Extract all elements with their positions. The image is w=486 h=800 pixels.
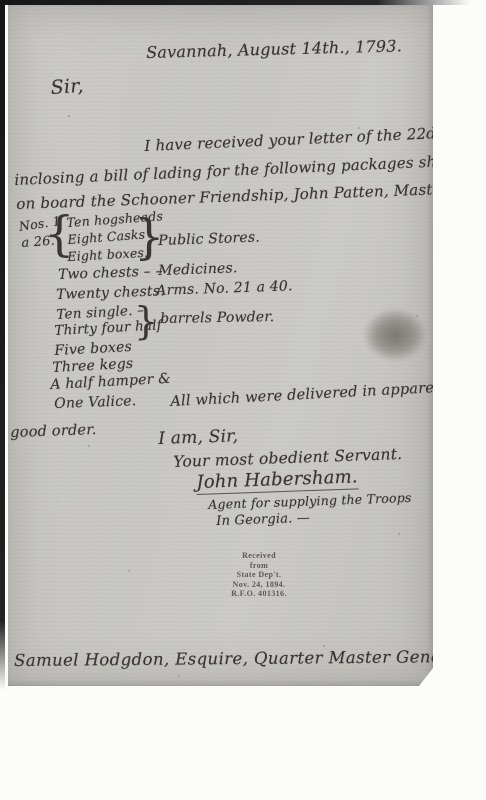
letter-page: Savannah, August 14th., 1793. Sir, I hav…	[8, 5, 433, 686]
manifest-destination: Medicines.	[158, 260, 238, 279]
stamp-line: R.F.O. 401316.	[213, 589, 305, 599]
manifest-destination: barrels Powder.	[160, 309, 274, 327]
docket-line: Samuel Hodgdon, Esquire, Quarter Master …	[14, 647, 471, 670]
manifest-destination: Arms. No. 21 a 40.	[156, 278, 293, 299]
closing-line-2: Your most obedient Servant.	[173, 445, 403, 471]
paper-speckles	[68, 115, 70, 117]
closing-line-1: I am, Sir,	[158, 426, 239, 449]
stamp-line: from	[213, 561, 305, 571]
received-stamp: Received from State Dep't. Nov. 24, 1894…	[213, 551, 305, 599]
ink-stain	[365, 310, 425, 360]
stamp-line: Received	[213, 551, 305, 561]
manifest-destination: Public Stores.	[158, 229, 260, 249]
brace-close-icon	[134, 300, 158, 342]
manifest-item: One Valice.	[54, 393, 137, 412]
stamp-line: State Dep't.	[213, 570, 305, 580]
body-line-1: I have received your letter of the 22d. …	[144, 121, 486, 155]
dateline: Savannah, August 14th., 1793.	[146, 36, 402, 62]
scanned-letter: Savannah, August 14th., 1793. Sir, I hav…	[0, 0, 486, 800]
scan-edge-top	[0, 0, 470, 5]
manifest-item: Two chests – –	[58, 263, 163, 283]
scan-edge-left	[0, 0, 5, 690]
stamp-line: Nov. 24, 1894.	[213, 580, 305, 590]
delivery-note-line-2: good order.	[10, 422, 97, 441]
salutation: Sir,	[50, 75, 84, 99]
delivery-note-line-1: All which were delivered in apparently	[170, 379, 463, 410]
signature: John Habersham.	[196, 466, 358, 495]
agent-title-line-2: In Georgia. —	[216, 511, 310, 529]
